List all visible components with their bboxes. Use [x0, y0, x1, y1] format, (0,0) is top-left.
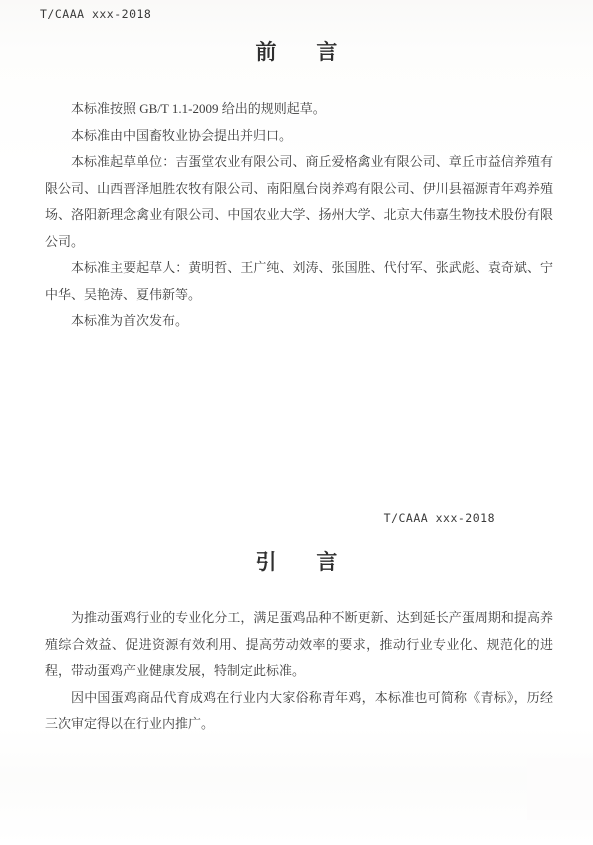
- scan-shading: [527, 758, 593, 820]
- paragraph-first-release: 本标准为首次发布。: [45, 308, 553, 335]
- page2-title-introduction: 引言: [0, 546, 593, 576]
- page1-title-foreword: 前言: [0, 36, 593, 66]
- paragraph-main-drafters: 本标准主要起草人：黄明哲、王广纯、刘涛、张国胜、代付军、张武彪、袁奇斌、宁中华、…: [45, 255, 553, 308]
- page1-running-header: T/CAAA xxx-2018: [40, 7, 151, 21]
- paragraph-drafting-rules: 本标准按照 GB/T 1.1-2009 给出的规则起草。: [45, 96, 553, 123]
- page2-body: 为推动蛋鸡行业的专业化分工，满足蛋鸡品种不断更新、达到延长产蛋周期和提高养殖综合…: [45, 605, 553, 738]
- paragraph-drafting-units: 本标准起草单位：吉蛋堂农业有限公司、商丘爱格禽业有限公司、章丘市益信养殖有限公司…: [45, 149, 553, 255]
- paragraph-purpose: 为推动蛋鸡行业的专业化分工，满足蛋鸡品种不断更新、达到延长产蛋周期和提高养殖综合…: [45, 605, 553, 685]
- paragraph-short-name: 因中国蛋鸡商品代育成鸡在行业内大家俗称青年鸡，本标准也可简称《青标》，历经三次审…: [45, 685, 553, 738]
- page2-running-header: T/CAAA xxx-2018: [0, 511, 495, 525]
- page1-body: 本标准按照 GB/T 1.1-2009 给出的规则起草。 本标准由中国畜牧业协会…: [45, 96, 553, 335]
- paragraph-proposing-body: 本标准由中国畜牧业协会提出并归口。: [45, 123, 553, 150]
- document-scan: T/CAAA xxx-2018 前言 本标准按照 GB/T 1.1-2009 给…: [0, 0, 593, 845]
